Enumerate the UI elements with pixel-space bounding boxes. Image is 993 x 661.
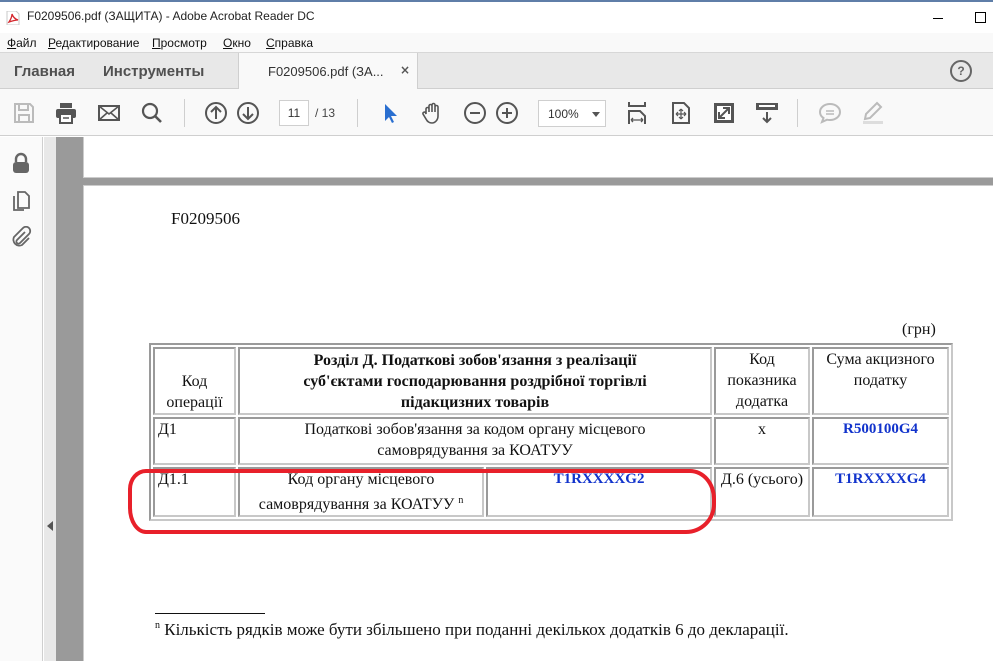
pdf-icon	[6, 11, 20, 25]
field-T1RXXXXG4[interactable]: T1RXXXXG4	[812, 467, 949, 517]
header-tax-sum: Сума акцизного податку	[812, 347, 949, 415]
email-icon[interactable]	[97, 101, 121, 125]
fullscreen-icon[interactable]	[712, 101, 736, 125]
toolbar-separator	[357, 99, 358, 127]
page-number-input[interactable]: 11	[279, 100, 309, 126]
menu-edit[interactable]: Редактирование	[48, 36, 139, 50]
highlight-icon[interactable]	[860, 101, 884, 125]
page-up-icon[interactable]	[204, 101, 228, 125]
page-down-icon[interactable]	[236, 101, 260, 125]
fit-width-icon[interactable]	[625, 101, 649, 125]
row-indicator: х	[714, 417, 810, 465]
row-indicator: Д.6 (усього)	[714, 467, 810, 517]
menu-view[interactable]: Просмотр	[152, 36, 207, 50]
select-cursor-icon[interactable]	[378, 101, 402, 125]
chevron-down-icon	[592, 112, 600, 117]
table-header-row: Код операції Розділ Д. Податкові зобов'я…	[153, 347, 949, 415]
pages-icon[interactable]	[10, 190, 32, 212]
header-op-code: Код операції	[153, 347, 236, 415]
window-title: F0209506.pdf (ЗАЩИТА) - Adobe Acrobat Re…	[27, 9, 315, 23]
menu-bar: Файл Редактирование Просмотр Окно Справк…	[0, 33, 993, 53]
menu-help[interactable]: Справка	[266, 36, 313, 50]
header-indicator-code: Код показника додатка	[714, 347, 810, 415]
row-code: Д1.1	[153, 467, 236, 517]
zoom-in-icon[interactable]	[495, 101, 519, 125]
table-row: Д1 Податкові зобов'язання за кодом орган…	[153, 417, 949, 465]
footnote-separator	[155, 613, 265, 614]
lock-icon[interactable]	[10, 152, 32, 174]
search-icon[interactable]	[140, 101, 164, 125]
field-T1RXXXXG2[interactable]: T1RXXXXG2	[486, 467, 712, 517]
row-description: Код органу місцевого самоврядування за К…	[238, 467, 484, 517]
footnote-mark: n	[458, 495, 463, 506]
tab-document[interactable]: F0209506.pdf (ЗА... ×	[238, 53, 418, 89]
row-code: Д1	[153, 417, 236, 465]
maximize-icon[interactable]	[972, 8, 992, 26]
currency-unit: (грн)	[902, 321, 936, 339]
attachment-icon[interactable]	[10, 226, 32, 248]
toolbar: 11 / 13 100%	[0, 89, 993, 136]
zoom-level-select[interactable]: 100%	[538, 100, 606, 127]
scroll-mode-icon[interactable]	[755, 101, 779, 125]
fit-page-icon[interactable]	[669, 101, 693, 125]
menu-file[interactable]: Файл	[7, 36, 37, 50]
previous-page	[83, 137, 993, 178]
pdf-page: F0209506 (грн) Код операції Розділ Д. По…	[83, 185, 993, 661]
zoom-out-icon[interactable]	[463, 101, 487, 125]
comment-icon[interactable]	[818, 101, 842, 125]
save-icon[interactable]	[12, 101, 36, 125]
row-description: Податкові зобов'язання за кодом органу м…	[238, 417, 712, 465]
hand-icon[interactable]	[420, 101, 444, 125]
help-icon[interactable]: ?	[950, 60, 972, 82]
footnote: n Кількість рядків може бути збільшено п…	[155, 620, 789, 640]
close-tab-icon[interactable]: ×	[400, 63, 410, 77]
table-row: Д1.1 Код органу місцевого самоврядування…	[153, 467, 949, 517]
form-code: F0209506	[171, 209, 240, 229]
tab-tools[interactable]: Инструменты	[103, 63, 204, 80]
acrobat-window: F0209506.pdf (ЗАЩИТА) - Adobe Acrobat Re…	[0, 0, 993, 661]
left-navigation-rail	[0, 137, 43, 661]
tab-document-label: F0209506.pdf (ЗА...	[268, 64, 384, 79]
tax-table: Код операції Розділ Д. Податкові зобов'я…	[149, 343, 953, 521]
menu-window[interactable]: Окно	[223, 36, 251, 50]
toolbar-separator	[797, 99, 798, 127]
panel-collapse-strip[interactable]	[44, 137, 56, 661]
collapse-arrow-icon[interactable]	[47, 521, 53, 531]
minimize-icon[interactable]	[928, 8, 948, 26]
title-bar: F0209506.pdf (ЗАЩИТА) - Adobe Acrobat Re…	[0, 0, 993, 33]
field-R500100G4[interactable]: R500100G4	[812, 417, 949, 465]
print-icon[interactable]	[54, 101, 78, 125]
toolbar-separator	[184, 99, 185, 127]
zoom-level-value: 100%	[548, 107, 579, 121]
tab-bar: Главная Инструменты F0209506.pdf (ЗА... …	[0, 53, 993, 89]
page-total: / 13	[315, 106, 335, 120]
header-section-title: Розділ Д. Податкові зобов'язання з реалі…	[238, 347, 712, 415]
tab-home[interactable]: Главная	[14, 63, 75, 80]
